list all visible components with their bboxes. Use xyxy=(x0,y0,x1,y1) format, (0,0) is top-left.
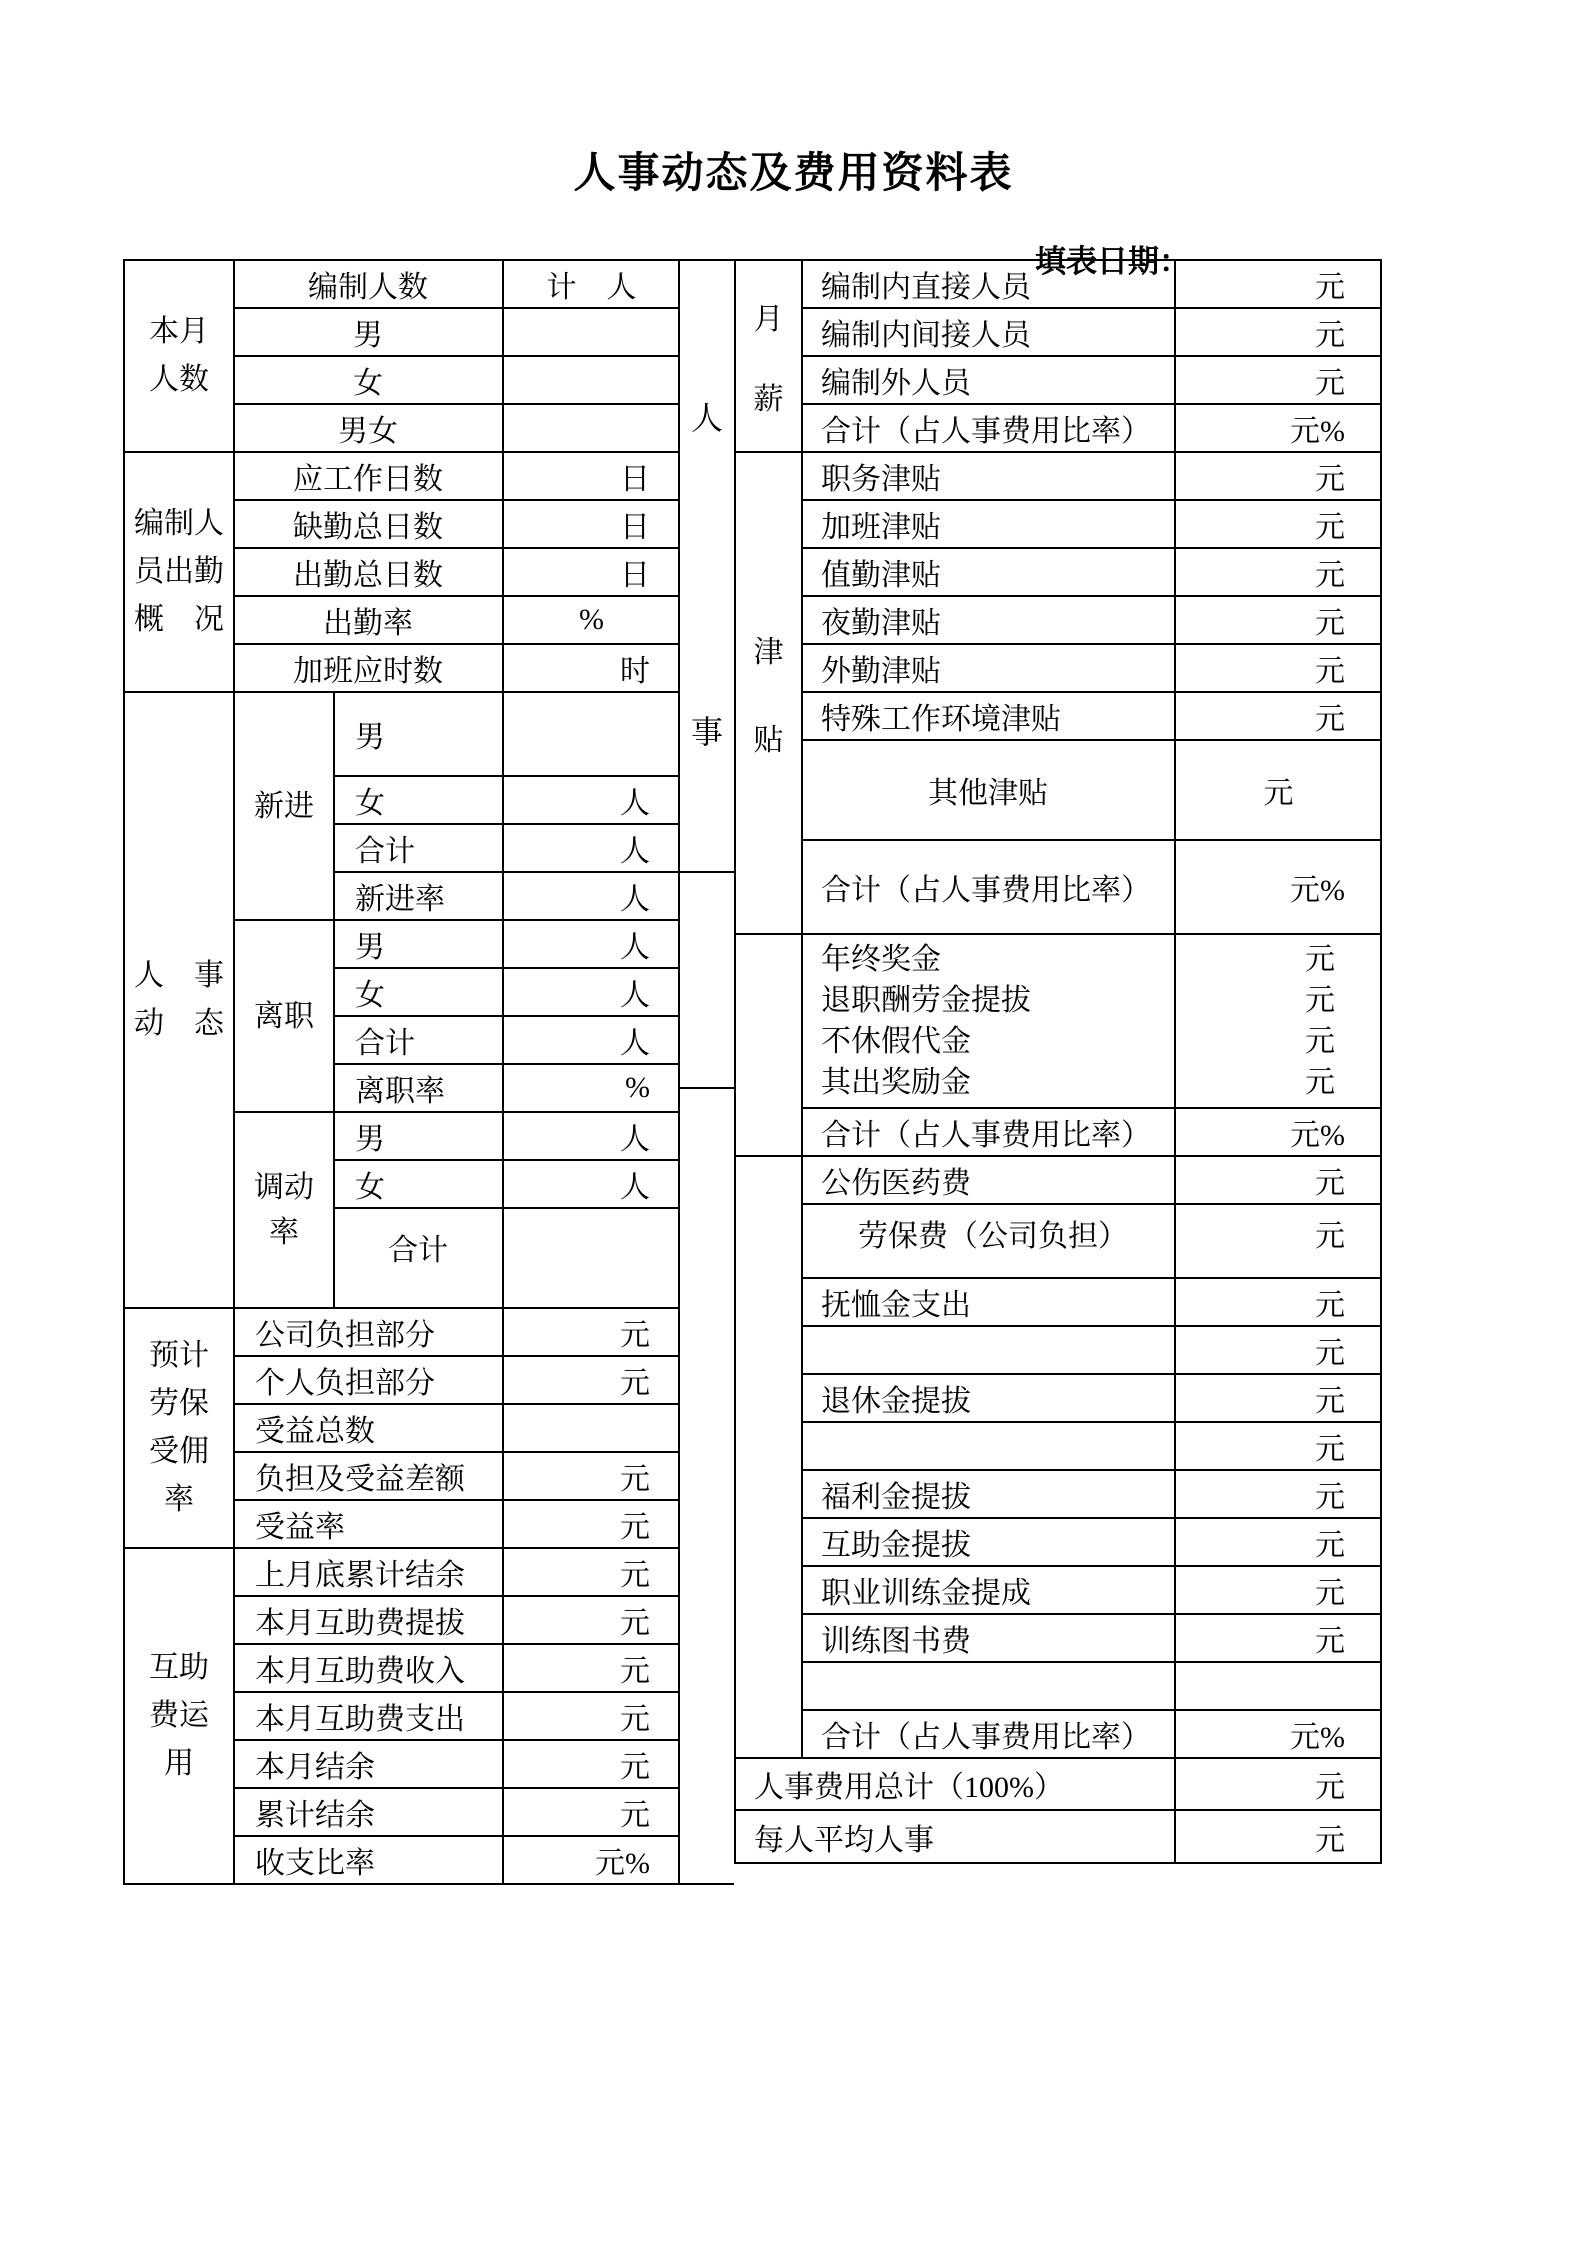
row-label: 离职率 xyxy=(334,1064,503,1112)
row-value: 元 xyxy=(1175,1374,1381,1422)
row-label: 合计（占人事费用比率） xyxy=(802,404,1175,452)
row-label: 男女 xyxy=(234,404,503,452)
row-label: 福利金提拔 xyxy=(802,1470,1175,1518)
row-value xyxy=(503,1404,679,1452)
row-value: 元% xyxy=(1175,1710,1381,1758)
subgroup-char: 月 xyxy=(754,294,784,338)
subgroup-char: 贴 xyxy=(754,715,784,759)
row-label: 值勤津贴 xyxy=(802,548,1175,596)
row-value: 元 xyxy=(1175,644,1381,692)
row-value: 元 xyxy=(1175,1758,1381,1810)
row-label: 退职酬劳金提拔 xyxy=(821,980,1173,1021)
row-label: 职业训练金提成 xyxy=(802,1566,1175,1614)
row-label xyxy=(802,1422,1175,1470)
row-label: 女 xyxy=(334,1160,503,1208)
row-label: 女 xyxy=(334,968,503,1016)
row-label: 编制内间接人员 xyxy=(802,308,1175,356)
subgroup-allowances: 津 贴 xyxy=(735,452,802,934)
subgroup-monthly-salary: 月 薪 xyxy=(735,260,802,452)
row-label: 加班津贴 xyxy=(802,500,1175,548)
row-value: 元% xyxy=(1175,840,1381,934)
row-value xyxy=(1175,1662,1381,1710)
subgroup-new-hires: 新进 xyxy=(234,692,334,920)
spine-char: 事 xyxy=(691,707,723,753)
row-value: 人 xyxy=(503,872,679,920)
row-value: 元 xyxy=(1175,260,1381,308)
group-mutual-aid-fund: 互助 费运 用 xyxy=(124,1548,234,1884)
row-label: 出勤总日数 xyxy=(234,548,503,596)
row-label: 外勤津贴 xyxy=(802,644,1175,692)
bonus-values: 元 元 元 元 xyxy=(1175,934,1381,1108)
row-value: 元 xyxy=(1177,939,1335,980)
personnel-table: 本月 人数 编制人数 计 人 男 女 男女 编制人 员出勤 概 况 应工作日数 … xyxy=(123,259,1382,1885)
row-label: 新进率 xyxy=(334,872,503,920)
row-value xyxy=(503,308,679,356)
row-label: 互助金提拔 xyxy=(802,1518,1175,1566)
row-label: 女 xyxy=(234,356,503,404)
group-monthly-headcount: 本月 人数 xyxy=(124,260,234,452)
row-value: 元 xyxy=(1177,980,1335,1021)
row-value: 元 xyxy=(1175,548,1381,596)
row-label: 抚恤金支出 xyxy=(802,1278,1175,1326)
row-label: 公司负担部分 xyxy=(234,1308,503,1356)
row-label: 应工作日数 xyxy=(234,452,503,500)
row-value: 元 xyxy=(503,1548,679,1596)
row-label xyxy=(802,1662,1175,1710)
row-label: 合计（占人事费用比率） xyxy=(802,1108,1175,1156)
row-label: 个人负担部分 xyxy=(234,1356,503,1404)
subgroup-welfare-empty xyxy=(735,1156,802,1758)
row-label: 公伤医药费 xyxy=(802,1156,1175,1204)
row-value: % xyxy=(503,1064,679,1112)
row-value: 元 xyxy=(1177,1062,1335,1103)
subgroup-transfer-rate: 调动 率 xyxy=(234,1112,334,1308)
row-label xyxy=(802,1326,1175,1374)
row-value: 日 xyxy=(503,548,679,596)
spine-cell-empty xyxy=(680,1087,734,1885)
row-value: 元 xyxy=(1175,308,1381,356)
row-label: 累计结余 xyxy=(234,1788,503,1836)
group-personnel-dynamics: 人 事 动 态 xyxy=(124,692,234,1308)
row-label: 男 xyxy=(234,308,503,356)
row-label: 女 xyxy=(334,776,503,824)
row-label: 负担及受益差额 xyxy=(234,1452,503,1500)
row-value: 元 xyxy=(1175,452,1381,500)
row-value xyxy=(503,404,679,452)
row-label: 本月互助费收入 xyxy=(234,1644,503,1692)
group-attendance: 编制人 员出勤 概 况 xyxy=(124,452,234,692)
row-value: 元% xyxy=(1175,404,1381,452)
row-value: 时 xyxy=(503,644,679,692)
row-value: 元 xyxy=(1177,1021,1335,1062)
row-value: 元 xyxy=(503,1692,679,1740)
row-value: 元 xyxy=(503,1644,679,1692)
row-label: 劳保费（公司负担） xyxy=(802,1204,1175,1278)
spine-cell-empty xyxy=(680,871,734,1087)
row-value: 元 xyxy=(503,1740,679,1788)
spine-char: 人 xyxy=(691,393,723,439)
row-label: 出勤率 xyxy=(234,596,503,644)
row-value: 元 xyxy=(1175,1810,1381,1863)
row-value: % xyxy=(503,596,679,644)
row-value: 元 xyxy=(1175,1470,1381,1518)
row-label: 编制人数 xyxy=(234,260,503,308)
row-label: 男 xyxy=(334,1112,503,1160)
row-value: 元 xyxy=(1175,1614,1381,1662)
row-value: 人 xyxy=(503,1160,679,1208)
row-value: 元 xyxy=(1175,356,1381,404)
row-label: 夜勤津贴 xyxy=(802,596,1175,644)
row-label: 编制外人员 xyxy=(802,356,1175,404)
row-value: 元 xyxy=(503,1452,679,1500)
row-value: 人 xyxy=(503,824,679,872)
row-label: 编制内直接人员 xyxy=(802,260,1175,308)
group-labor-insurance: 预计 劳保 受佣 率 xyxy=(124,1308,234,1548)
row-label: 职务津贴 xyxy=(802,452,1175,500)
row-value: 元 xyxy=(1175,692,1381,740)
row-label: 本月互助费支出 xyxy=(234,1692,503,1740)
row-value: 元 xyxy=(1175,1156,1381,1204)
row-value: 元% xyxy=(1175,1108,1381,1156)
row-value: 日 xyxy=(503,452,679,500)
row-label: 加班应时数 xyxy=(234,644,503,692)
row-value: 人 xyxy=(503,920,679,968)
row-label: 合计（占人事费用比率） xyxy=(802,1710,1175,1758)
right-table: 月 薪 编制内直接人员 元 编制内间接人员元 编制外人员元 合计（占人事费用比率… xyxy=(734,259,1382,1864)
row-value xyxy=(503,692,679,776)
document-page: 人事动态及费用资料表 填表日期： 本月 人数 编制人数 计 人 男 女 男女 编… xyxy=(0,0,1587,2245)
row-label: 退休金提拔 xyxy=(802,1374,1175,1422)
row-value: 人 xyxy=(503,1016,679,1064)
subgroup-char: 津 xyxy=(754,627,784,671)
row-value: 元 xyxy=(1175,1204,1381,1278)
subgroup-bonus-empty xyxy=(735,934,802,1156)
row-label: 合计 xyxy=(334,1016,503,1064)
row-label: 特殊工作环境津贴 xyxy=(802,692,1175,740)
row-value: 元 xyxy=(1175,500,1381,548)
row-label: 年终奖金 xyxy=(821,939,1173,980)
row-label: 合计 xyxy=(334,824,503,872)
row-label: 本月结余 xyxy=(234,1740,503,1788)
row-value: 元 xyxy=(503,1500,679,1548)
subgroup-departures: 离职 xyxy=(234,920,334,1112)
row-label: 受益总数 xyxy=(234,1404,503,1452)
row-label: 训练图书费 xyxy=(802,1614,1175,1662)
row-value: 元 xyxy=(503,1356,679,1404)
row-label: 合计 xyxy=(334,1208,503,1308)
row-value xyxy=(503,356,679,404)
row-value: 元 xyxy=(503,1596,679,1644)
row-value: 元 xyxy=(1175,740,1381,840)
row-label: 上月底累计结余 xyxy=(234,1548,503,1596)
row-value: 元 xyxy=(503,1788,679,1836)
bonus-labels: 年终奖金 退职酬劳金提拔 不休假代金 其出奖励金 xyxy=(802,934,1175,1108)
row-value: 人 xyxy=(503,776,679,824)
spine-cell-personnel: 人 事 xyxy=(680,259,734,871)
row-value: 人 xyxy=(503,1112,679,1160)
row-value: 元 xyxy=(1175,596,1381,644)
row-value: 元 xyxy=(1175,1326,1381,1374)
row-value: 元 xyxy=(1175,1278,1381,1326)
row-value: 计 人 xyxy=(503,260,679,308)
row-label: 合计（占人事费用比率） xyxy=(802,840,1175,934)
row-value: 日 xyxy=(503,500,679,548)
row-label: 缺勤总日数 xyxy=(234,500,503,548)
row-value xyxy=(503,1208,679,1308)
spine-column: 人 事 xyxy=(680,259,734,1885)
row-label: 男 xyxy=(334,920,503,968)
row-value: 元% xyxy=(503,1836,679,1884)
row-value: 元 xyxy=(1175,1422,1381,1470)
row-value: 元 xyxy=(1175,1518,1381,1566)
left-table: 本月 人数 编制人数 计 人 男 女 男女 编制人 员出勤 概 况 应工作日数 … xyxy=(123,259,680,1885)
row-value: 人 xyxy=(503,968,679,1016)
row-value: 元 xyxy=(503,1308,679,1356)
row-label-total: 人事费用总计（100%） xyxy=(735,1758,1175,1810)
row-label: 男 xyxy=(334,692,503,776)
page-title: 人事动态及费用资料表 xyxy=(0,140,1587,200)
row-label: 本月互助费提拔 xyxy=(234,1596,503,1644)
row-label: 不休假代金 xyxy=(821,1021,1173,1062)
row-label: 其出奖励金 xyxy=(821,1062,1173,1103)
row-label: 其他津贴 xyxy=(802,740,1175,840)
row-label-average: 每人平均人事 xyxy=(735,1810,1175,1863)
row-label: 收支比率 xyxy=(234,1836,503,1884)
row-label: 受益率 xyxy=(234,1500,503,1548)
row-value: 元 xyxy=(1175,1566,1381,1614)
subgroup-char: 薪 xyxy=(754,374,784,418)
